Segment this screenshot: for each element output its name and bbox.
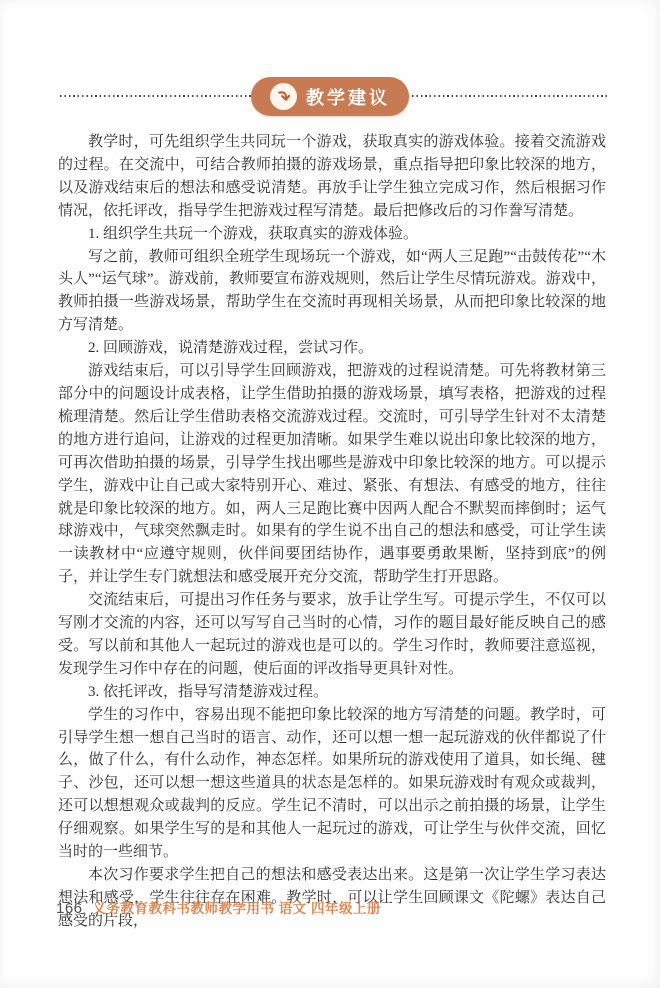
curved-down-arrow-icon xyxy=(270,83,297,110)
paragraph: 教学时，可先组织学生共同玩一个游戏，获取真实的游戏体验。接着交流游戏的过程。在交… xyxy=(58,131,606,223)
paragraph: 写之前，教师可组织全班学生现场玩一个游戏，如“两人三足跑”“击鼓传花”“木头人”… xyxy=(58,246,606,338)
page-footer: 166 义务教育教科书教师教学用书 语文 四年级上册 xyxy=(56,897,381,917)
section-heading: 3. 依托评改，指导写清楚游戏过程。 xyxy=(58,681,606,704)
body-text: 教学时，可先组织学生共同玩一个游戏，获取真实的游戏体验。接着交流游戏的过程。在交… xyxy=(58,131,606,933)
book-title: 义务教育教科书教师教学用书 语文 四年级上册 xyxy=(93,897,382,917)
page-number: 166 xyxy=(56,900,83,917)
paragraph: 交流结束后，可提出习作任务与要求，放手让学生写。可提示学生，不仅可以写刚才交流的… xyxy=(58,589,606,681)
section-header: 教学建议 xyxy=(0,77,660,117)
textbook-page: 教学建议 教学时，可先组织学生共同玩一个游戏，获取真实的游戏体验。接着交流游戏的… xyxy=(0,0,660,988)
paragraph: 游戏结束后，可以引导学生回顾游戏，把游戏的过程说清楚。可先将教材第三部分中的问题… xyxy=(58,360,606,589)
section-heading: 1. 组织学生共玩一个游戏，获取真实的游戏体验。 xyxy=(58,223,606,246)
badge-label: 教学建议 xyxy=(306,84,390,110)
section-heading: 2. 回顾游戏，说清楚游戏过程，尝试习作。 xyxy=(58,337,606,360)
teaching-suggestions-badge: 教学建议 xyxy=(251,77,409,116)
paragraph: 学生的习作中，容易出现不能把印象比较深的地方写清楚的问题。教学时，可引导学生想一… xyxy=(58,704,606,864)
